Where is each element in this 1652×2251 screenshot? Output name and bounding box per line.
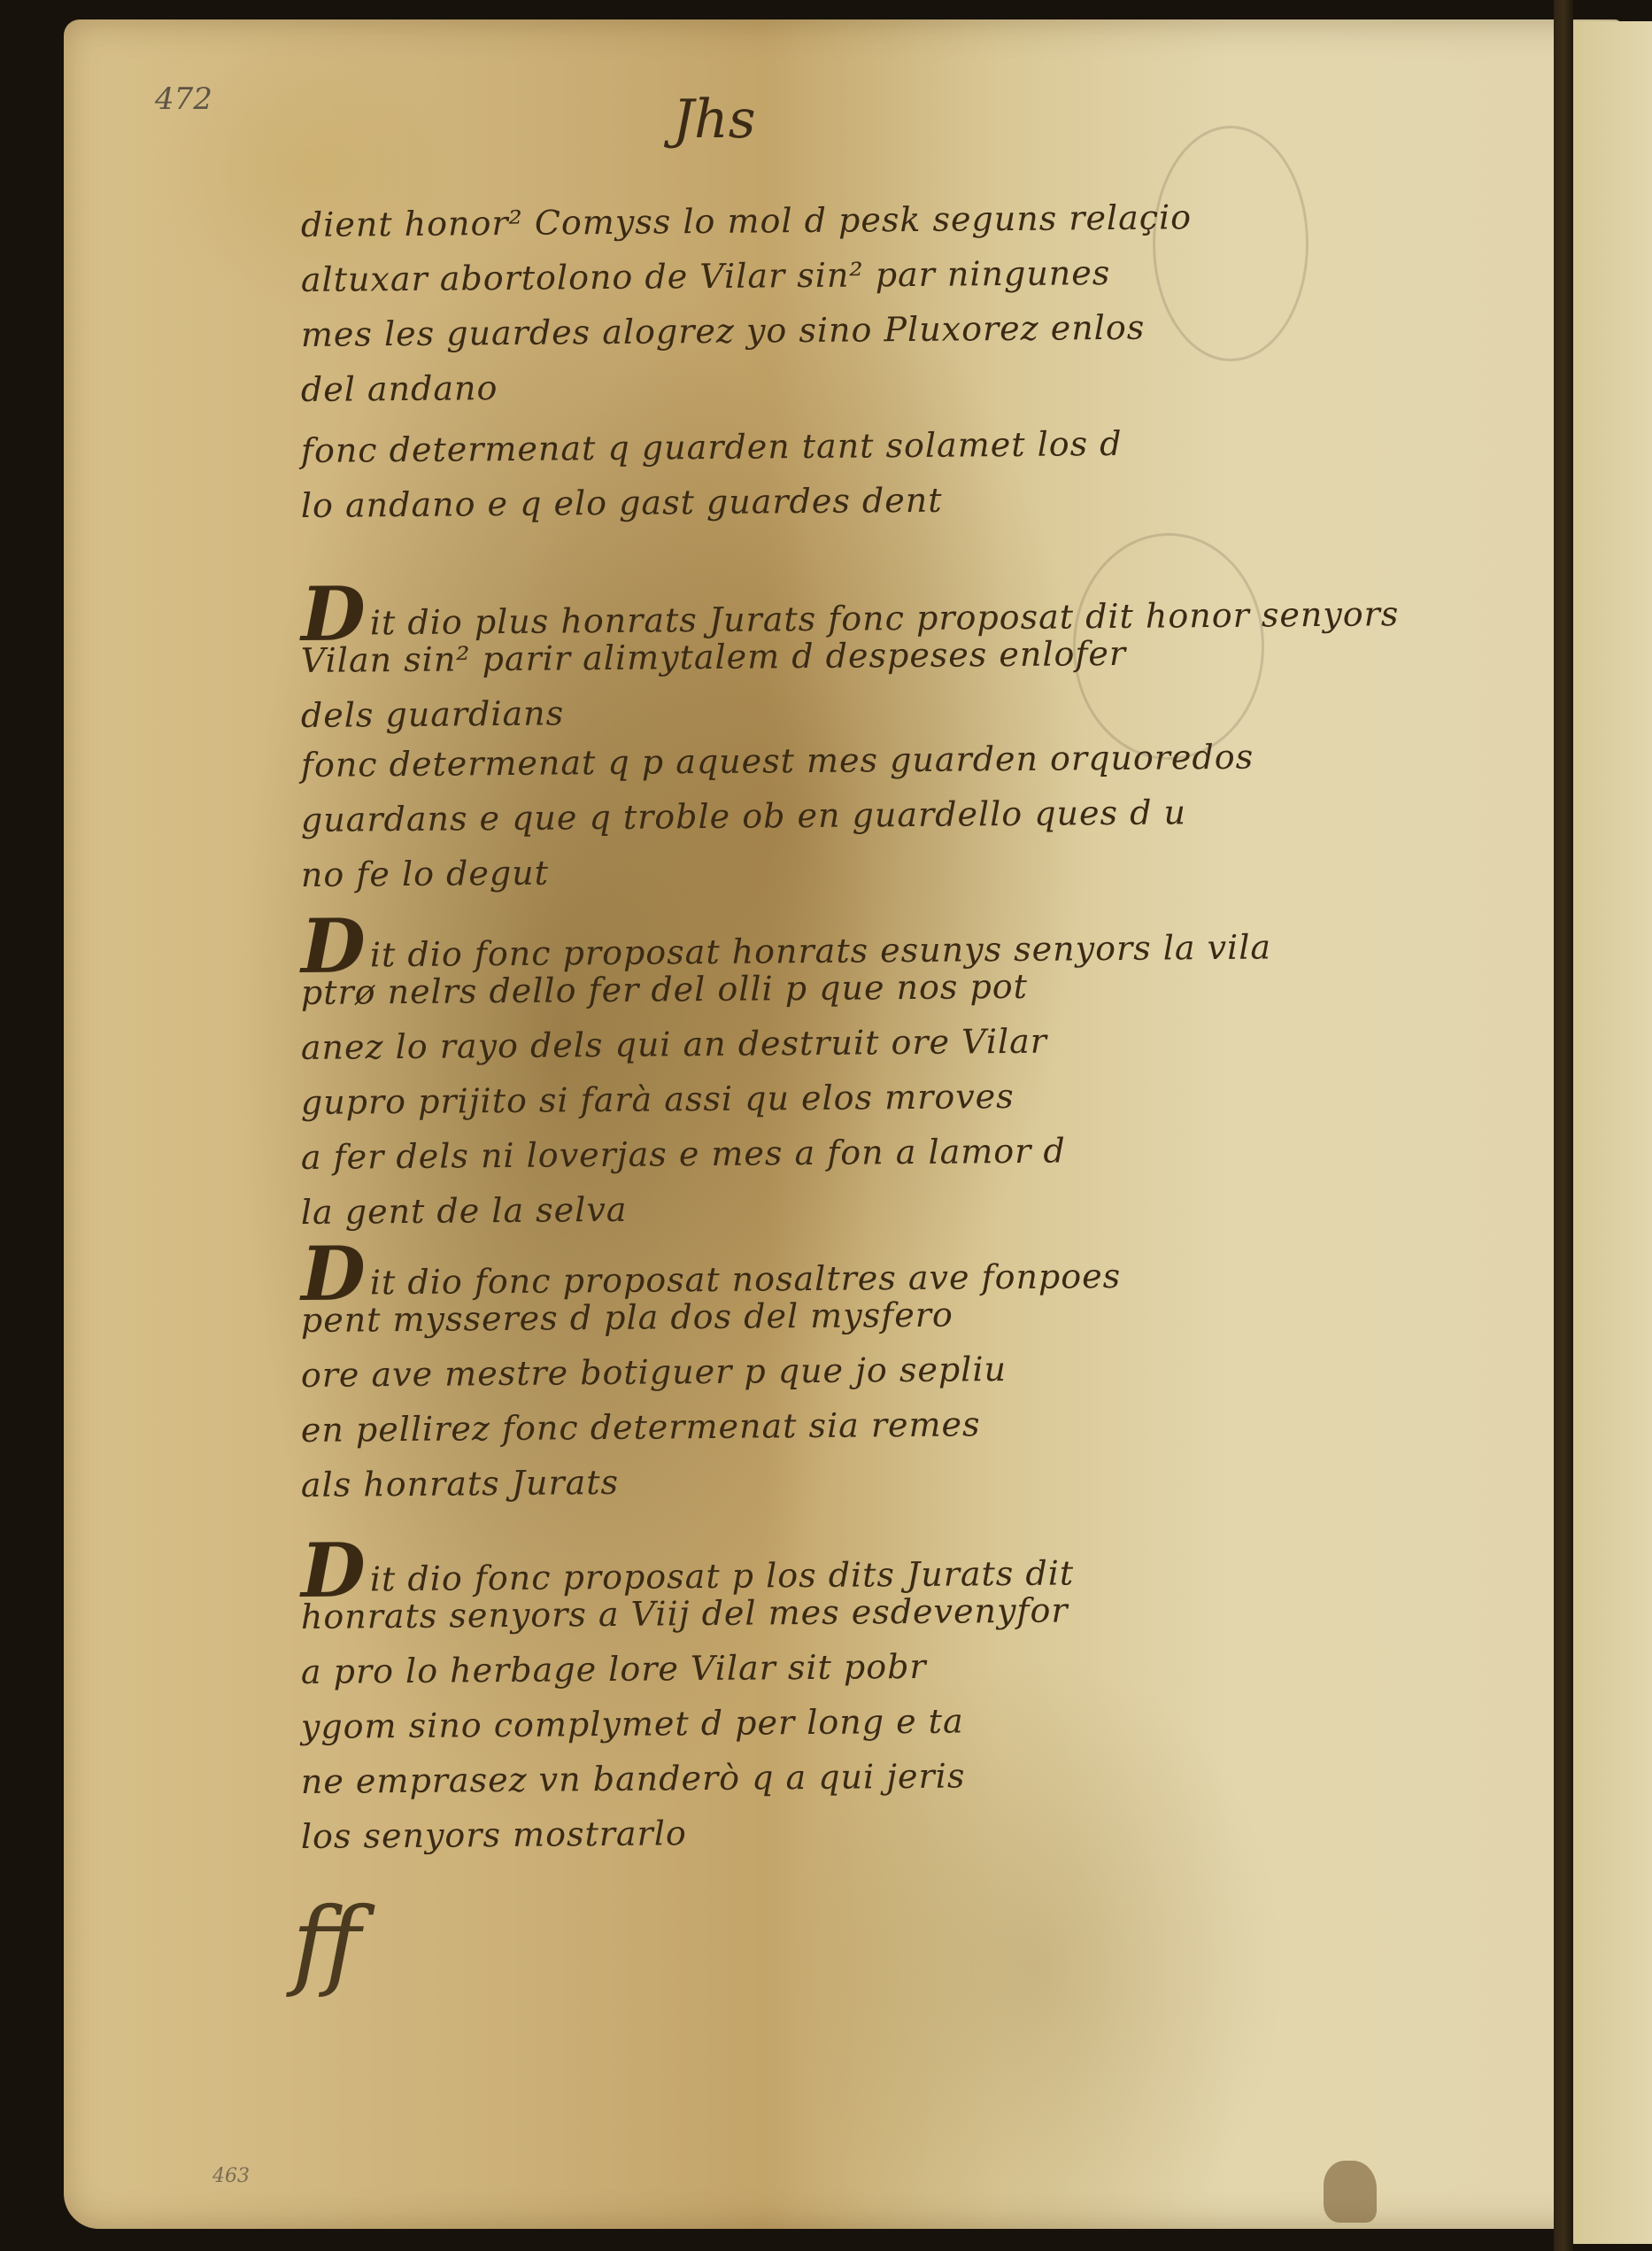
paragraph-6: Dit dio fonc proposat nosaltres ave fonp… — [301, 1249, 1443, 1523]
text-line-content: it dio fonc proposat nosaltres ave fonpo… — [370, 1257, 1122, 1302]
text-line: guardans e que q troble ob en guardello … — [301, 793, 1443, 858]
paragraph-3: Dit dio plus honrats Jurats fonc proposa… — [301, 589, 1443, 754]
text-line: ptrø nelrs dello fer del olli p que nos … — [301, 966, 1443, 1031]
text-line: lo andano e q elo gast guardes dent — [301, 479, 1443, 544]
invocation-monogram: Jhs — [673, 89, 756, 151]
paragraph-4: fonc determenat q p aquest mes guarden o… — [301, 748, 1443, 913]
text-line: Dit dio fonc proposat p los dits Jurats … — [301, 1535, 1443, 1600]
text-line: pent mysseres d pla dos del mysfero — [301, 1294, 1443, 1358]
text-line: ygom sino complymet d per long e ta — [301, 1700, 1443, 1765]
ink-stain — [1324, 2161, 1377, 2223]
text-line: Dit dio fonc proposat nosaltres ave fonp… — [301, 1239, 1443, 1303]
manuscript-scan: 472 463 Jhs dient honor² Comyss lo mol d… — [0, 0, 1652, 2251]
closing-paraph-mark: ff — [292, 1886, 361, 2000]
text-line: anez lo rayo dels qui an destruit ore Vi… — [301, 1021, 1443, 1086]
paragraph-7: Dit dio fonc proposat p los dits Jurats … — [301, 1545, 1443, 1875]
folio-number-bottom: 463 — [212, 2165, 250, 2187]
text-line: Dit dio fonc proposat honrats esunys sen… — [301, 911, 1443, 976]
text-line: ne emprasez vn banderò q a qui jeris — [301, 1755, 1443, 1820]
text-line: als honrats Jurats — [301, 1458, 1443, 1523]
text-line: mes les guardes alogrez yo sino Pluxorez… — [301, 308, 1443, 373]
folio-number-top: 472 — [155, 81, 212, 117]
paragraph-5: Dit dio fonc proposat honrats esunys sen… — [301, 921, 1443, 1250]
text-line: fonc determenat q p aquest mes guarden o… — [301, 739, 1443, 803]
text-line: los senyors mostrarlo — [301, 1810, 1443, 1875]
text-line: a fer dels ni loverjas e mes a fon a lam… — [301, 1131, 1443, 1195]
paragraph-1: dient honor² Comyss lo mol d pesk seguns… — [301, 208, 1443, 428]
text-line-content: it dio fonc proposat honrats esunys seny… — [370, 927, 1272, 974]
text-line: en pellirez fonc determenat sia remes — [301, 1404, 1443, 1468]
text-line: ore ave mestre botiguer p que jo sepliu — [301, 1349, 1443, 1413]
text-line: del andano — [301, 363, 1443, 428]
text-line: Dit dio plus honrats Jurats fonc proposa… — [301, 579, 1443, 644]
binding-gutter — [1554, 0, 1573, 2251]
text-line: dient honor² Comyss lo mol d pesk seguns… — [301, 198, 1443, 263]
text-line: honrats senyors a Viij del mes esdevenyf… — [301, 1590, 1443, 1655]
text-line: altuxar abortolono de Vilar sin² par nin… — [301, 253, 1443, 318]
text-line: Vilan sin² parir alimytalem d despeses e… — [301, 634, 1443, 699]
text-line: fonc determenat q guarden tant solamet l… — [301, 424, 1443, 489]
facing-page-edge — [1573, 21, 1652, 2244]
text-line: a pro lo herbage lore Vilar sit pobr — [301, 1645, 1443, 1710]
text-line: no fe lo degut — [301, 848, 1443, 913]
paragraph-2: fonc determenat q guarden tant solamet l… — [301, 434, 1443, 544]
text-line: gupro prijito si farà assi qu elos mrove… — [301, 1076, 1443, 1141]
